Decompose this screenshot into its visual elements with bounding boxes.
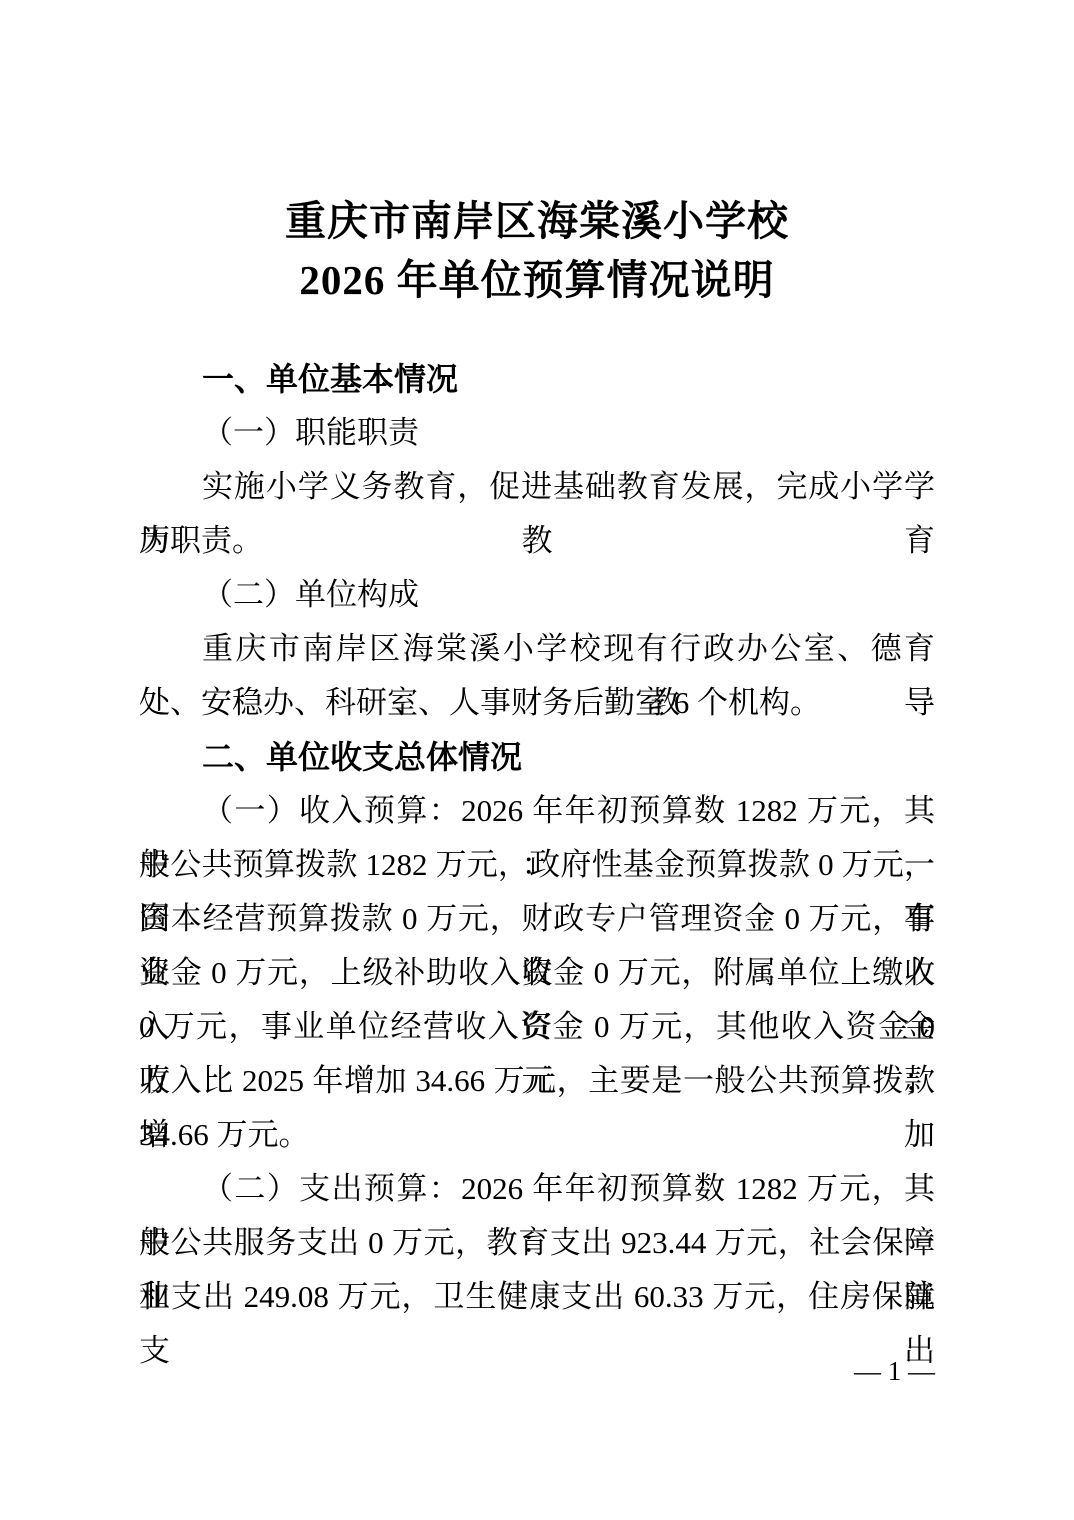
subheading-duties: （一）职能职责 [139, 406, 935, 460]
para-composition-line: 重庆市南岸区海棠溪小学校现有行政办公室、德育处、教导 [139, 622, 935, 676]
document-title-line2: 2026 年单位预算情况说明 [0, 251, 1074, 310]
heading-section-2: 二、单位收支总体情况 [139, 730, 935, 784]
document-title: 重庆市南岸区海棠溪小学校 2026 年单位预算情况说明 [0, 192, 1074, 310]
document-page: 重庆市南岸区海棠溪小学校 2026 年单位预算情况说明 一、单位基本情况 （一）… [0, 0, 1074, 1520]
para-expenditure-budget-line: 业支出 249.08 万元，卫生健康支出 60.33 万元，住房保障支出 [139, 1270, 935, 1324]
para-income-budget-line: 0 万元，事业单位经营收入资金 0 万元，其他收入资金 0 万元； [139, 1000, 935, 1054]
para-income-budget-line: 收入比 2025 年增加 34.66 万元，主要是一般公共预算拨款增加 [139, 1054, 935, 1108]
subheading-unit-composition: （二）单位构成 [139, 568, 935, 622]
para-income-budget-line: 资金 0 万元，上级补助收入资金 0 万元，附属单位上缴收入资金 [139, 946, 935, 1000]
page-number: — 1 — [854, 1356, 935, 1386]
document-body: 一、单位基本情况 （一）职能职责 实施小学义务教育，促进基础教育发展，完成小学学… [139, 352, 935, 1324]
para-income-budget-line: 般公共预算拨款 1282 万元，政府性基金预算拨款 0 万元，国有 [139, 838, 935, 892]
para-duties-line: 实施小学义务教育，促进基础教育发展，完成小学学历教育 [139, 460, 935, 514]
para-income-budget-line: （一）收入预算：2026 年年初预算数 1282 万元，其中：一 [139, 784, 935, 838]
para-composition-line: 处、安稳办、科研室、人事财务后勤室 6 个机构。 [139, 676, 935, 730]
para-expenditure-budget-line: 般公共服务支出 0 万元，教育支出 923.44 万元，社会保障和就 [139, 1216, 935, 1270]
para-income-budget-line: 资本经营预算拨款 0 万元，财政专户管理资金 0 万元，事业收入 [139, 892, 935, 946]
heading-section-1: 一、单位基本情况 [139, 352, 935, 406]
para-expenditure-budget-line: （二）支出预算：2026 年年初预算数 1282 万元，其中：一 [139, 1162, 935, 1216]
document-title-line1: 重庆市南岸区海棠溪小学校 [0, 192, 1074, 251]
